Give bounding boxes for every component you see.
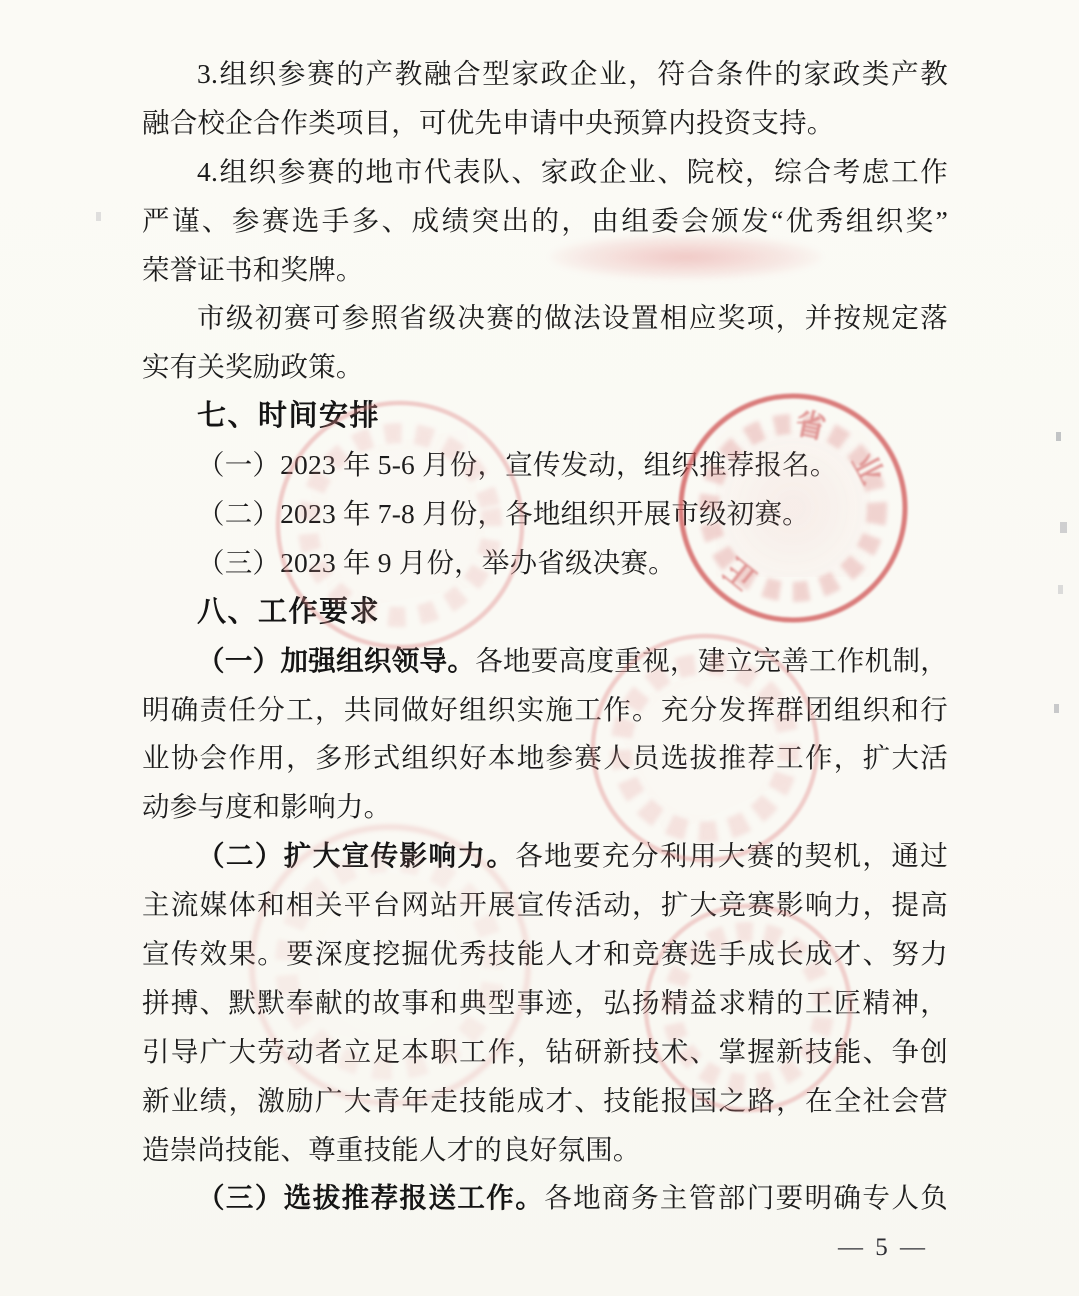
- run-in-heading: （一）加强组织领导。: [197, 645, 475, 676]
- paragraph-line: 严谨、参赛选手多、成绩突出的，由组委会颁发“优秀组织奖”: [142, 197, 948, 246]
- paragraph-line: 融合校企合作类项目，可优先申请中央预算内投资支持。: [142, 99, 948, 148]
- paragraph-line: 主流媒体和相关平台网站开展宣传活动，扩大竞赛影响力，提高: [142, 881, 948, 930]
- paragraph-line: 4.组织参赛的地市代表队、家政企业、院校，综合考虑工作: [142, 148, 948, 197]
- section-heading-8: 八、工作要求: [142, 588, 948, 637]
- paragraph-line: 造崇尚技能、尊重技能人才的良好氛围。: [142, 1126, 948, 1175]
- paragraph-line: 新业绩，激励广大青年走技能成才、技能报国之路，在全社会营: [142, 1077, 948, 1126]
- paragraph-line: 实有关奖励政策。: [142, 343, 948, 392]
- paragraph-line: （二）扩大宣传影响力。各地要充分利用大赛的契机，通过: [142, 832, 948, 881]
- page-number: — 5 —: [808, 1234, 958, 1262]
- section-heading-7: 七、时间安排: [142, 392, 948, 441]
- schedule-line-2: （二）2023 年 7-8 月份，各地组织开展市级初赛。: [142, 490, 948, 539]
- paragraph-line: （三）选拔推荐报送工作。各地商务主管部门要明确专人负: [142, 1174, 948, 1223]
- paragraph-line: 拼搏、默默奉献的故事和典型事迹，弘扬精益求精的工匠精神，: [142, 979, 948, 1028]
- paragraph-line: 3.组织参赛的产教融合型家政企业，符合条件的家政类产教: [142, 50, 948, 99]
- paragraph-line: 引导广大劳动者立足本职工作，钻研新技术、掌握新技能、争创: [142, 1028, 948, 1077]
- paragraph-line: （一）加强组织领导。各地要高度重视，建立完善工作机制，: [142, 637, 948, 686]
- paragraph-line: 动参与度和影响力。: [142, 783, 948, 832]
- paragraph-line: 宣传效果。要深度挖掘优秀技能人才和竞赛选手成长成才、努力: [142, 930, 948, 979]
- stamp-smudge: [550, 234, 822, 280]
- schedule-line-1: （一）2023 年 5-6 月份，宣传发动，组织推荐报名。: [142, 441, 948, 490]
- run-in-heading: （三）选拔推荐报送工作。: [197, 1182, 544, 1213]
- document-body: 3.组织参赛的产教融合型家政企业，符合条件的家政类产教 融合校企合作类项目，可优…: [142, 50, 948, 1223]
- scanned-document-page: 3.组织参赛的产教融合型家政企业，符合条件的家政类产教 融合校企合作类项目，可优…: [0, 0, 1079, 1296]
- paragraph-line: 荣誉证书和奖牌。: [142, 246, 948, 295]
- paragraph-line: 业协会作用，多形式组织好本地参赛人员选拔推荐工作，扩大活: [142, 734, 948, 783]
- schedule-line-3: （三）2023 年 9 月份，举办省级决赛。: [142, 539, 948, 588]
- scan-speck: [0, 0, 5, 9]
- paragraph-line: 市级初赛可参照省级决赛的做法设置相应奖项，并按规定落: [142, 294, 948, 343]
- paragraph-line: 明确责任分工，共同做好组织实施工作。充分发挥群团组织和行: [142, 686, 948, 735]
- run-in-heading: （二）扩大宣传影响力。: [197, 840, 515, 871]
